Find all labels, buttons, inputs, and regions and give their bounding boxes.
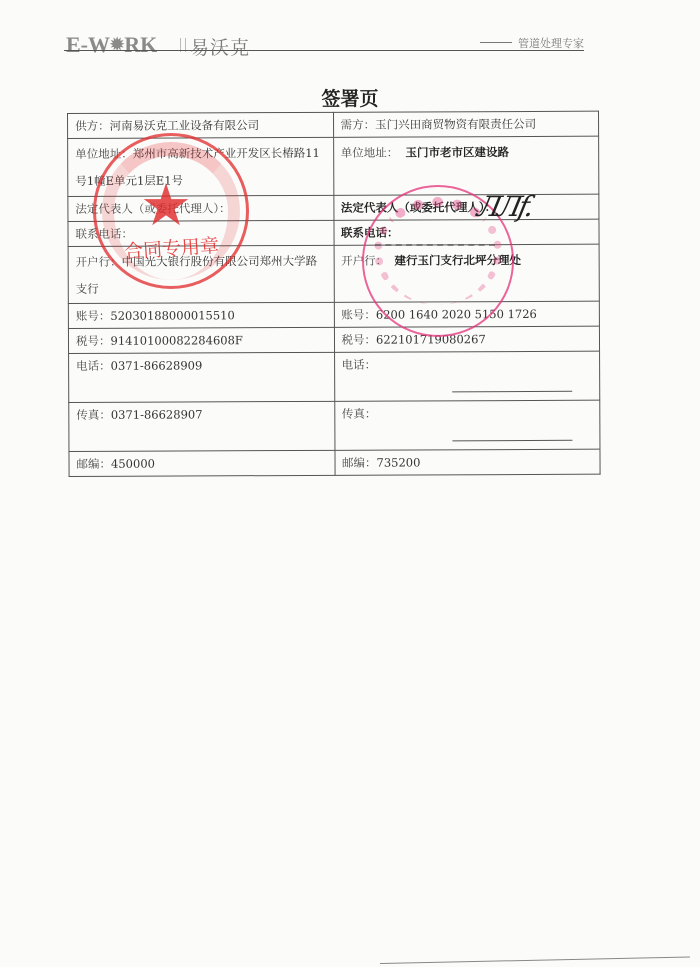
redacted-phone <box>375 240 495 246</box>
scan-edge-line <box>380 957 690 964</box>
buyer-address-cell: 单位地址： 玉门市老市区建设路 <box>333 136 599 195</box>
blank-line <box>452 381 572 393</box>
buyer-postcode-cell: 邮编：735200 <box>334 449 600 475</box>
buyer-tax-id-cell: 税号：622101719080267 <box>334 326 600 352</box>
field-label: 供方： <box>75 119 110 133</box>
field-label: 法定代表人（或委托代理人）： <box>75 201 230 216</box>
table-row: 账号：52030188000015510 账号：6200 1640 2020 5… <box>68 301 599 328</box>
table-row: 税号：91410100082284608F 税号：622101719080267 <box>68 326 599 353</box>
field-label: 单位地址： <box>341 146 399 160</box>
supplier-fax-cell: 传真：0371-86628907 <box>69 401 335 451</box>
field-label: 开户行： <box>76 255 122 269</box>
buyer-bank-cell: 开户行： 建行玉门支行北坪分理处 <box>334 244 600 302</box>
supplier-legal-rep-cell: 法定代表人（或委托代理人）： <box>68 195 334 221</box>
table-row: 供方：河南易沃克工业设备有限公司 需方：玉门兴田商贸物资有限责任公司 <box>68 111 599 138</box>
field-label: 电话： <box>342 358 377 372</box>
supplier-account-cell: 账号：52030188000015510 <box>68 302 334 328</box>
table-row: 电话：0371-86628909 电话： <box>69 351 600 402</box>
slogan-text: 管道处理专家 <box>518 37 584 50</box>
field-label: 法定代表人（或委托代理人）： <box>341 200 496 215</box>
table-row: 开户行：中国光大银行股份有限公司郑州大学路支行 开户行： 建行玉门支行北坪分理处 <box>68 244 599 303</box>
field-label: 邮编： <box>77 457 112 471</box>
logo-chinese-name: 易沃克 <box>190 33 250 60</box>
table-row: 邮编：450000 邮编：735200 <box>69 449 600 476</box>
field-value: 91410100082284608F <box>110 333 242 348</box>
field-label: 传真： <box>76 408 111 422</box>
supplier-bank-cell: 开户行：中国光大银行股份有限公司郑州大学路支行 <box>68 245 334 303</box>
field-label: 传真： <box>342 407 377 421</box>
field-label: 需方： <box>341 118 376 132</box>
field-label: 税号： <box>341 333 376 347</box>
field-label: 账号： <box>76 309 111 323</box>
field-label: 邮编： <box>342 456 377 470</box>
slogan: 管道处理专家 <box>480 35 584 51</box>
field-label: 账号： <box>341 308 376 322</box>
header-rule <box>64 50 584 51</box>
field-label: 单位地址： <box>75 147 133 161</box>
buyer-legal-rep-cell: 法定代表人（或委托代理人）： <box>333 194 599 220</box>
table-row: 单位地址：郑州市高新技术产业开发区长椿路11号1幢E单元1层E1号 单位地址： … <box>68 136 599 196</box>
supplier-party-cell: 供方：河南易沃克工业设备有限公司 <box>68 112 334 138</box>
supplier-tax-id-cell: 税号：91410100082284608F <box>68 327 334 353</box>
field-value: 建行玉门支行北坪分理处 <box>394 253 521 268</box>
logo-text-right: RK <box>124 32 157 57</box>
supplier-phone-cell: 电话：0371-86628909 <box>69 352 335 402</box>
field-value: 玉门市老市区建设路 <box>405 145 509 159</box>
supplier-address-cell: 单位地址：郑州市高新技术产业开发区长椿路11号1幢E单元1层E1号 <box>68 137 334 196</box>
supplier-contact-phone-cell: 联系电话： <box>68 220 334 246</box>
page-title: 签署页 <box>0 84 700 111</box>
signature-table: 供方：河南易沃克工业设备有限公司 需方：玉门兴田商贸物资有限责任公司 单位地址：… <box>67 111 601 477</box>
field-value: 0371-86628909 <box>111 358 203 372</box>
field-label: 电话： <box>76 359 111 373</box>
field-value: 52030188000015510 <box>110 308 234 323</box>
blank-line <box>452 430 572 442</box>
field-label: 税号： <box>76 334 111 348</box>
buyer-phone-cell: 电话： <box>334 351 600 401</box>
field-label: 联系电话： <box>75 227 133 241</box>
table-row: 联系电话： 联系电话： <box>68 219 599 246</box>
field-value: 622101719080267 <box>376 332 486 346</box>
field-label: 联系电话： <box>341 226 399 240</box>
table-row: 传真：0371-86628907 传真： <box>69 400 600 451</box>
field-value: 6200 1640 2020 5150 1726 <box>376 307 537 322</box>
field-label: 开户行： <box>341 254 387 268</box>
logo-text-left: E-W <box>66 32 110 57</box>
handwritten-signature: ЛЛf. <box>474 190 534 223</box>
supplier-postcode-cell: 邮编：450000 <box>69 450 335 476</box>
field-value: 河南易沃克工业设备有限公司 <box>110 118 260 133</box>
gear-icon: ✹ <box>110 35 124 55</box>
field-value: 0371-86628907 <box>111 407 203 421</box>
slogan-dash <box>480 42 512 43</box>
buyer-fax-cell: 传真： <box>334 400 600 450</box>
buyer-party-cell: 需方：玉门兴田商贸物资有限责任公司 <box>333 111 599 137</box>
field-value: 450000 <box>111 457 155 471</box>
buyer-account-cell: 账号：6200 1640 2020 5150 1726 <box>334 301 600 327</box>
company-logo: E-W✹RK <box>66 32 157 58</box>
field-value: 玉门兴田商贸物资有限责任公司 <box>375 117 536 132</box>
field-value: 735200 <box>376 455 420 469</box>
